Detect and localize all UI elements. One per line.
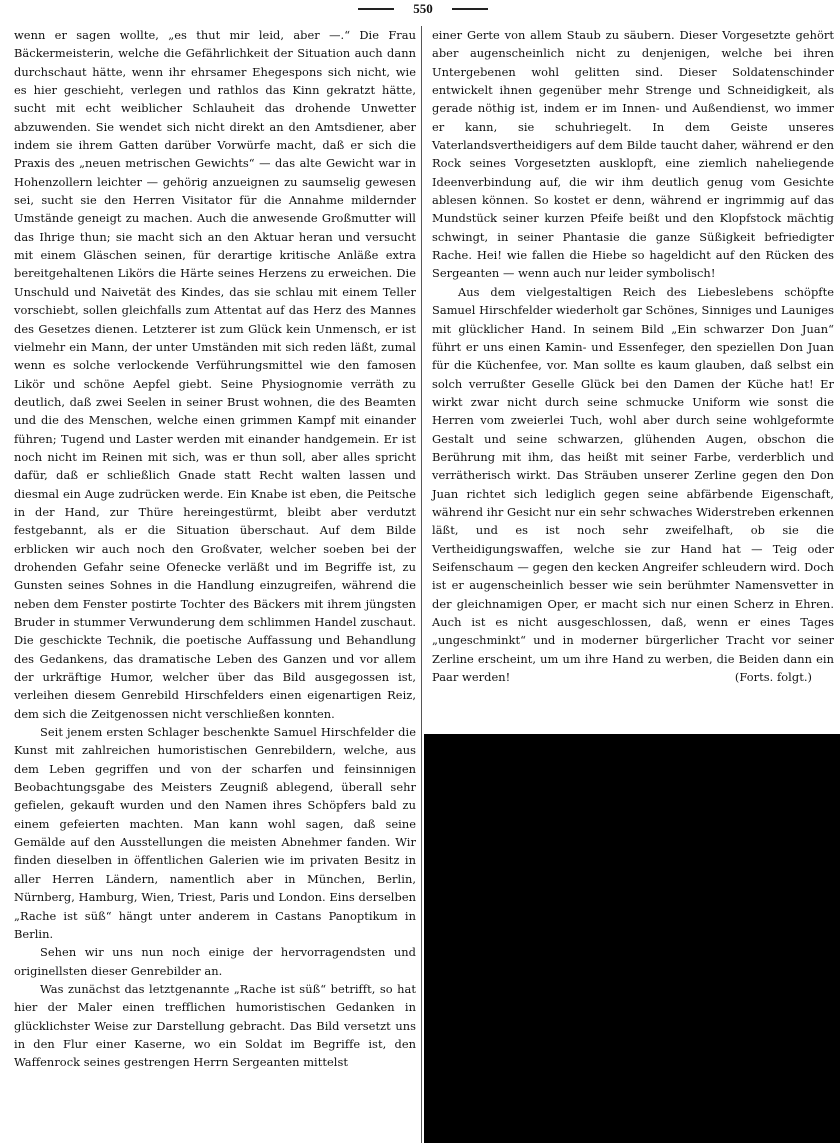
header-rule-right (452, 8, 488, 10)
page-number: 550 (405, 0, 441, 18)
paragraph: Sehen wir uns nun noch einige der hervor… (14, 943, 416, 980)
header-rule-left (358, 8, 394, 10)
paragraph: wenn er sagen wollte, „es thut mir leid,… (14, 26, 416, 723)
redacted-block (424, 734, 840, 1143)
column-divider (421, 26, 422, 1143)
paragraph: Seit jenem ersten Schlager beschenkte Sa… (14, 723, 416, 943)
paragraph: Aus dem vielgestaltigen Reich des Liebes… (432, 283, 834, 687)
left-column: wenn er sagen wollte, „es thut mir leid,… (14, 26, 416, 1072)
paragraph: einer Gerte von allem Staub zu säubern. … (432, 26, 834, 283)
page-header: 550 (0, 0, 840, 22)
paragraph: Was zunächst das letztgenannte „Rache is… (14, 980, 416, 1072)
right-column: einer Gerte von allem Staub zu säubern. … (432, 26, 834, 686)
